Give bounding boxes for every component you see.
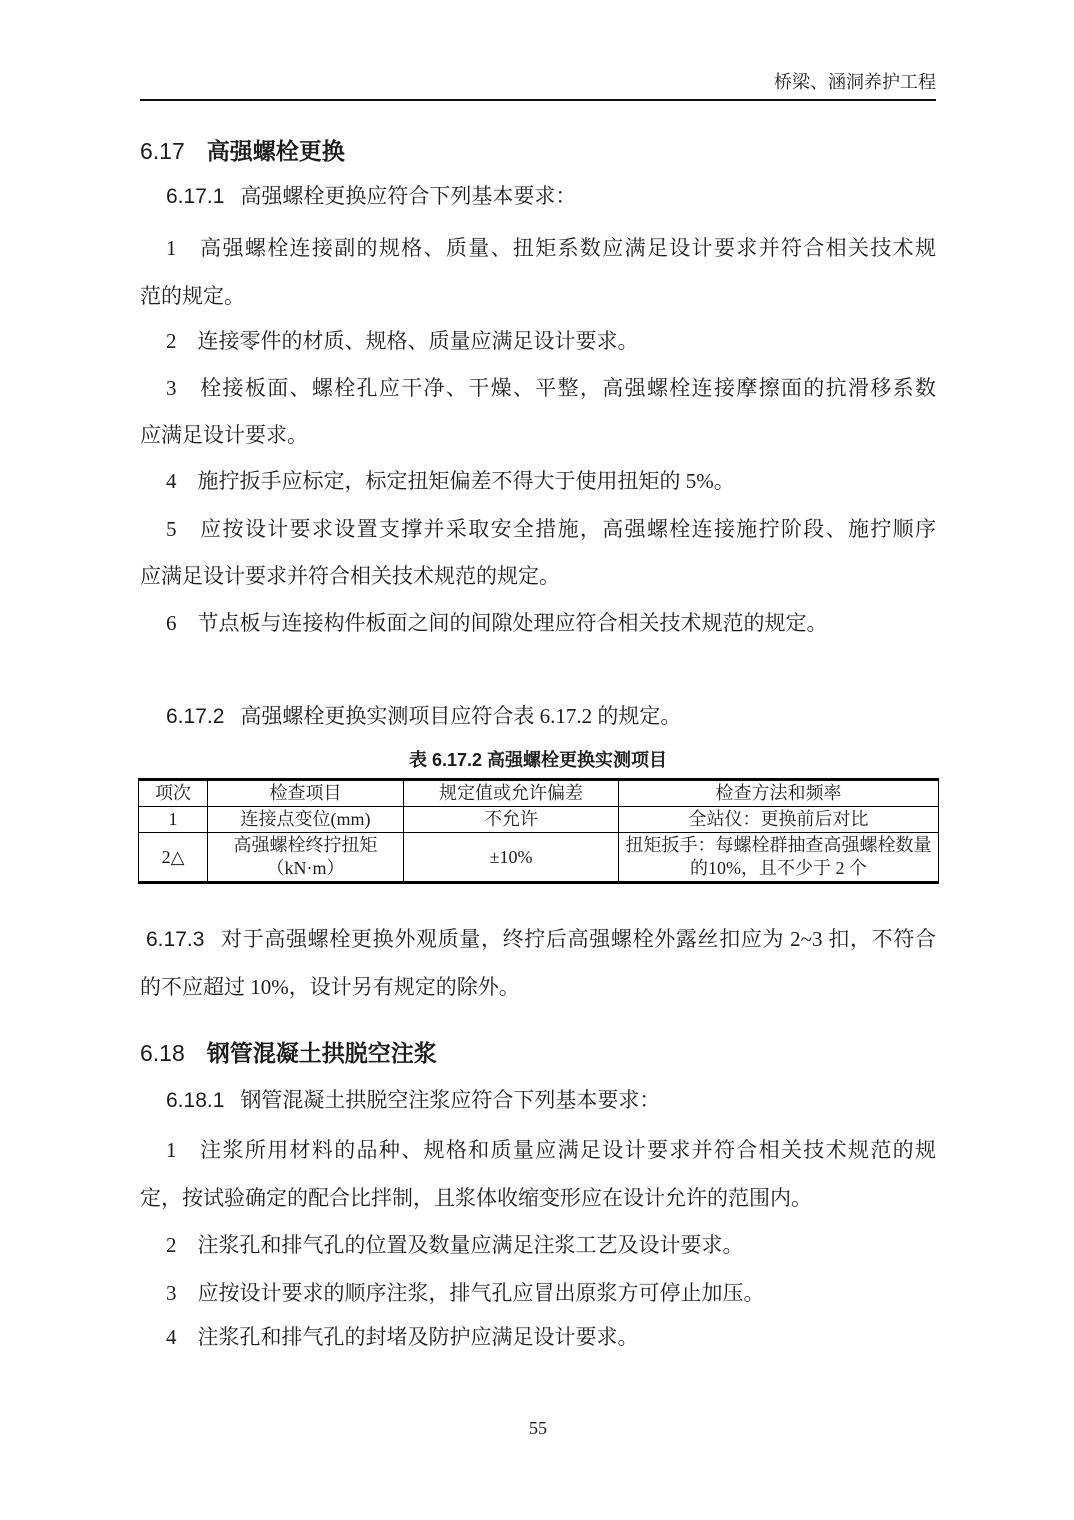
para-617-item3-line2: 应满足设计要求。	[140, 411, 936, 459]
para-617-item5-line1: 5 应按设计要求设置支撑并采取安全措施，高强螺栓连接施拧阶段、施拧顺序	[140, 505, 936, 553]
document-page: 桥梁、涵洞养护工程 6.17高强螺栓更换 6.17.1高强螺栓更换应符合下列基本…	[0, 0, 1074, 1520]
para-618-item3: 3 应按设计要求的顺序注浆，排气孔应冒出原浆方可停止加压。	[140, 1269, 936, 1317]
cell-method: 全站仪：更换前后对比	[619, 807, 939, 833]
page-number: 55	[140, 1418, 936, 1439]
para-617-item6: 6 节点板与连接构件板面之间的间隙处理应符合相关技术规范的规定。	[140, 599, 936, 647]
col-header-item: 检查项目	[208, 780, 404, 807]
cell-item-line2: （kN·m）	[212, 857, 399, 880]
clause-text: 高强螺栓更换实测项目应符合表 6.17.2 的规定。	[240, 704, 681, 728]
section-number: 6.17	[140, 138, 185, 164]
para-618-item1-line2: 定，按试验确定的配合比拌制，且浆体收缩变形应在设计允许的范围内。	[140, 1174, 936, 1222]
table-row: 1 连接点变位(mm) 不允许 全站仪：更换前后对比	[139, 807, 939, 833]
clause-6-17-1: 6.17.1高强螺栓更换应符合下列基本要求：	[140, 172, 936, 220]
cell-item-line1: 高强螺栓终拧扭矩	[212, 834, 399, 857]
clause-text: 高强螺栓更换应符合下列基本要求：	[240, 184, 576, 208]
col-header-method: 检查方法和频率	[619, 780, 939, 807]
clause-number: 6.18.1	[166, 1089, 224, 1112]
spec-table: 项次 检查项目 规定值或允许偏差 检查方法和频率 1 连接点变位(mm) 不允许…	[138, 778, 939, 884]
table-header-row: 项次 检查项目 规定值或允许偏差 检查方法和频率	[139, 780, 939, 807]
clause-number: 6.17.3	[146, 928, 204, 951]
para-617-item1-line2: 范的规定。	[140, 272, 936, 320]
section-title: 钢管混凝土拱脱空注浆	[207, 1040, 437, 1066]
header-rule	[140, 99, 936, 101]
para-617-item5-line2: 应满足设计要求并符合相关技术规范的规定。	[140, 552, 936, 600]
cell-index: 1	[139, 807, 208, 833]
clause-6-18-1: 6.18.1钢管混凝土拱脱空注浆应符合下列基本要求：	[140, 1076, 936, 1124]
para-618-item2: 2 注浆孔和排气孔的位置及数量应满足注浆工艺及设计要求。	[140, 1221, 936, 1269]
section-heading-6-18: 6.18钢管混凝土拱脱空注浆	[140, 1036, 936, 1070]
cell-method: 扭矩扳手：每螺栓群抽查高强螺栓数量的10%，且不少于 2 个	[619, 833, 939, 883]
section-heading-6-17: 6.17高强螺栓更换	[140, 134, 936, 168]
para-618-item1-line1: 1 注浆所用材料的品种、规格和质量应满足设计要求并符合相关技术规范的规	[140, 1126, 936, 1174]
cell-tolerance: 不允许	[404, 807, 619, 833]
col-header-tolerance: 规定值或允许偏差	[404, 780, 619, 807]
cell-tolerance: ±10%	[404, 833, 619, 883]
clause-text: 钢管混凝土拱脱空注浆应符合下列基本要求：	[240, 1088, 660, 1112]
table-caption: 表 6.17.2 高强螺栓更换实测项目	[140, 745, 936, 775]
clause-6-17-3-line1: 6.17.3对于高强螺栓更换外观质量，终拧后高强螺栓外露丝扣应为 2~3 扣，不…	[140, 915, 936, 963]
clause-number: 6.17.2	[166, 705, 224, 728]
cell-index: 2△	[139, 833, 208, 883]
para-617-item4: 4 施拧扳手应标定，标定扭矩偏差不得大于使用扭矩的 5%。	[140, 457, 936, 505]
clause-number: 6.17.1	[166, 185, 224, 208]
col-header-index: 项次	[139, 780, 208, 807]
para-617-item3-line1: 3 栓接板面、螺栓孔应干净、干燥、平整，高强螺栓连接摩擦面的抗滑移系数	[140, 364, 936, 412]
section-title: 高强螺栓更换	[207, 138, 345, 164]
cell-item: 连接点变位(mm)	[208, 807, 404, 833]
clause-6-17-2: 6.17.2高强螺栓更换实测项目应符合表 6.17.2 的规定。	[140, 692, 936, 740]
clause-6-17-3-line2: 的不应超过 10%，设计另有规定的除外。	[140, 963, 936, 1011]
table-row: 2△ 高强螺栓终拧扭矩 （kN·m） ±10% 扭矩扳手：每螺栓群抽查高强螺栓数…	[139, 833, 939, 883]
running-header: 桥梁、涵洞养护工程	[140, 70, 936, 94]
para-617-item2: 2 连接零件的材质、规格、质量应满足设计要求。	[140, 317, 936, 365]
section-number: 6.18	[140, 1040, 185, 1066]
para-618-item4: 4 注浆孔和排气孔的封堵及防护应满足设计要求。	[140, 1313, 936, 1361]
para-617-item1-line1: 1 高强螺栓连接副的规格、质量、扭矩系数应满足设计要求并符合相关技术规	[140, 224, 936, 272]
page-content: 桥梁、涵洞养护工程 6.17高强螺栓更换 6.17.1高强螺栓更换应符合下列基本…	[140, 0, 936, 1520]
clause-text: 对于高强螺栓更换外观质量，终拧后高强螺栓外露丝扣应为 2~3 扣，不符合	[220, 927, 936, 951]
cell-item: 高强螺栓终拧扭矩 （kN·m）	[208, 833, 404, 883]
